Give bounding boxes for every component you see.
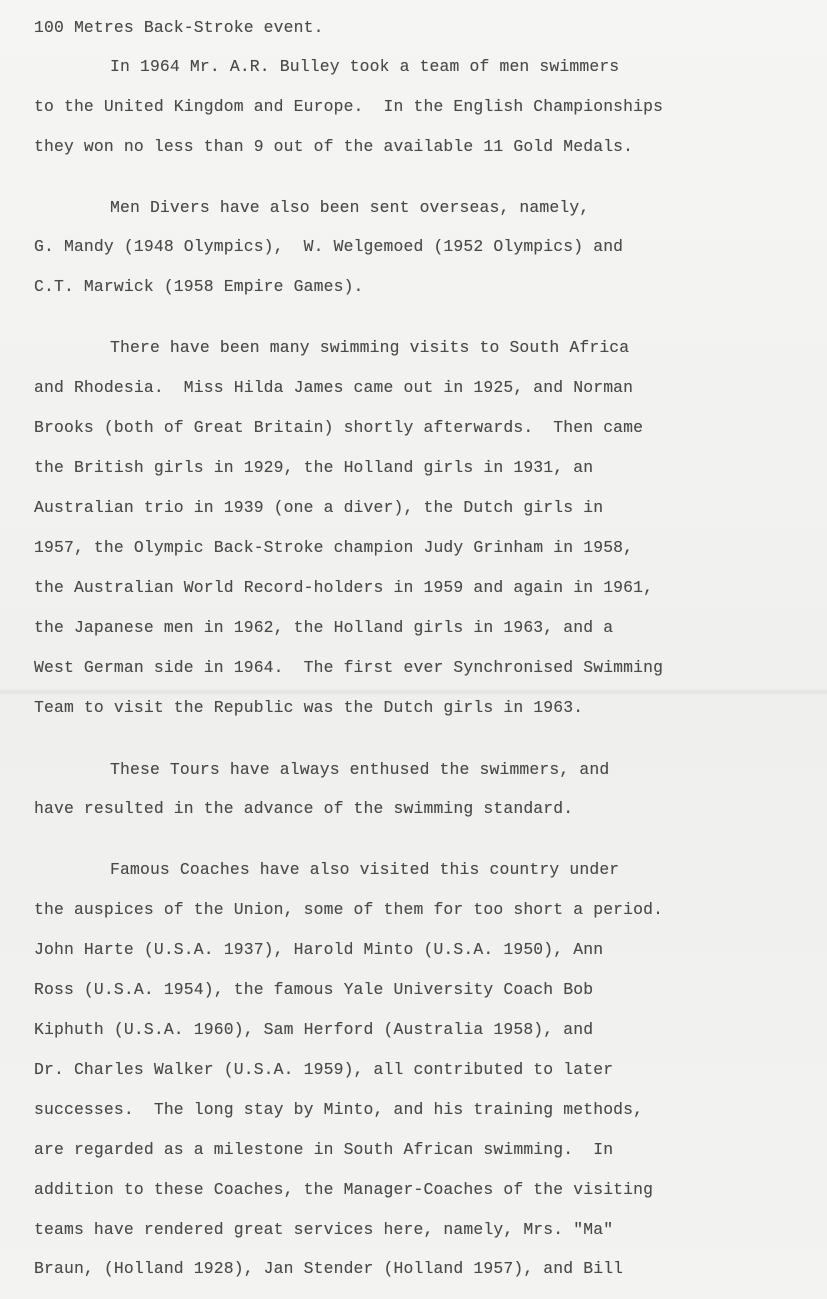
text-line: to the United Kingdom and Europe. In the… <box>34 97 663 117</box>
text-line: These Tours have always enthused the swi… <box>110 760 609 780</box>
text-line: West German side in 1964. The first ever… <box>34 658 663 678</box>
text-line: Dr. Charles Walker (U.S.A. 1959), all co… <box>34 1060 613 1080</box>
text-line: In 1964 Mr. A.R. Bulley took a team of m… <box>110 57 619 77</box>
text-line: teams have rendered great services here,… <box>34 1220 613 1240</box>
text-line: Braun, (Holland 1928), Jan Stender (Holl… <box>34 1259 623 1279</box>
text-line: are regarded as a milestone in South Afr… <box>34 1140 613 1160</box>
text-line: the Japanese men in 1962, the Holland gi… <box>34 618 613 638</box>
text-line: successes. The long stay by Minto, and h… <box>34 1100 643 1120</box>
text-line: Team to visit the Republic was the Dutch… <box>34 698 583 718</box>
text-line: have resulted in the advance of the swim… <box>34 799 573 819</box>
text-line: Ross (U.S.A. 1954), the famous Yale Univ… <box>34 980 593 1000</box>
typed-page: 100 Metres Back-Stroke event.In 1964 Mr.… <box>0 0 827 1299</box>
text-line: Kiphuth (U.S.A. 1960), Sam Herford (Aust… <box>34 1020 593 1040</box>
text-line: Australian trio in 1939 (one a diver), t… <box>34 498 603 518</box>
text-line: John Harte (U.S.A. 1937), Harold Minto (… <box>34 940 603 960</box>
text-line: the British girls in 1929, the Holland g… <box>34 458 593 478</box>
text-line: Men Divers have also been sent overseas,… <box>110 198 589 218</box>
text-line: 100 Metres Back-Stroke event. <box>34 18 324 38</box>
text-line: the auspices of the Union, some of them … <box>34 900 663 920</box>
paper-fold-shadow <box>0 688 827 696</box>
text-line: There have been many swimming visits to … <box>110 338 629 358</box>
text-line: 1957, the Olympic Back-Stroke champion J… <box>34 538 633 558</box>
text-line: the Australian World Record-holders in 1… <box>34 578 653 598</box>
text-line: and Rhodesia. Miss Hilda James came out … <box>34 378 633 398</box>
text-line: G. Mandy (1948 Olympics), W. Welgemoed (… <box>34 237 623 257</box>
text-line: Brooks (both of Great Britain) shortly a… <box>34 418 643 438</box>
text-line: C.T. Marwick (1958 Empire Games). <box>34 277 364 297</box>
text-line: Famous Coaches have also visited this co… <box>110 860 619 880</box>
text-line: addition to these Coaches, the Manager-C… <box>34 1180 653 1200</box>
text-line: they won no less than 9 out of the avail… <box>34 137 633 157</box>
